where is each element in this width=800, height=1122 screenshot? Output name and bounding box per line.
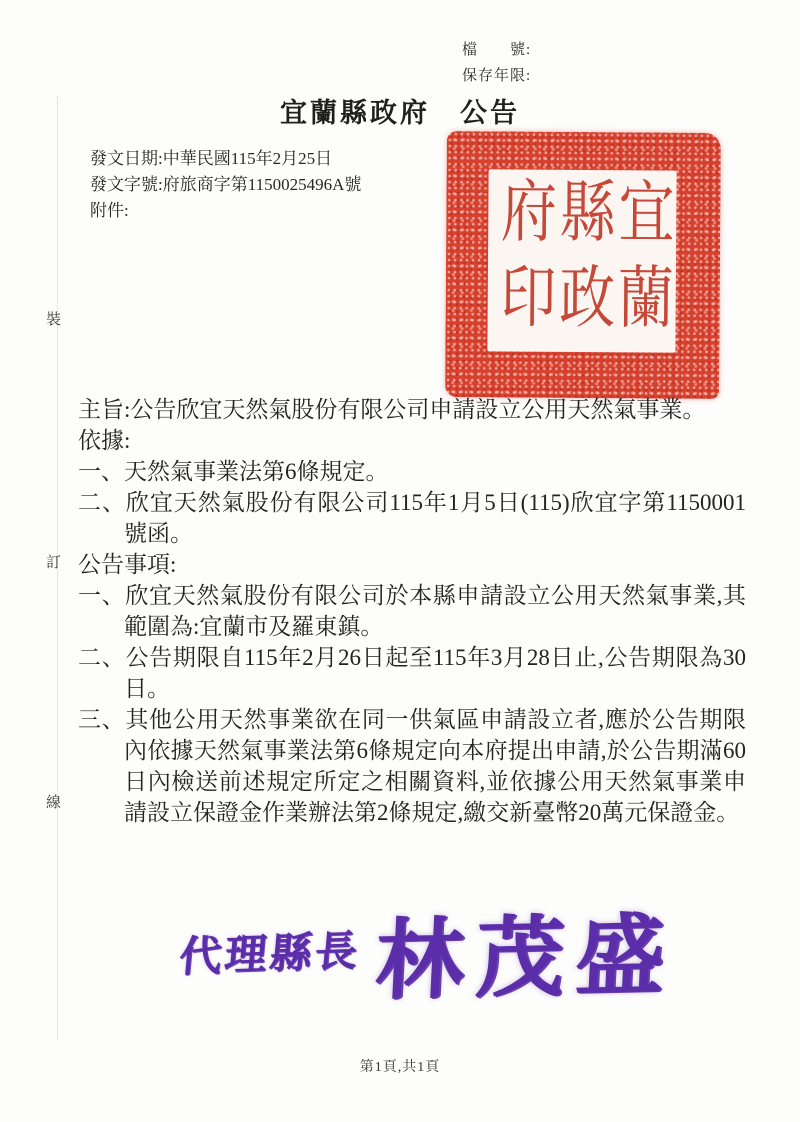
basis-item-2: 二、欣宜天然氣股份有限公司115年1月5日(115)欣宜字第1150001號函。: [78, 487, 746, 549]
signer-name-stamp: 林茂盛: [373, 885, 680, 1017]
matters-label: 公告事項:: [78, 549, 746, 580]
seal-script-text: 宜蘭 縣政 府印: [493, 175, 671, 347]
issuing-meta: 發文日期:中華民國115年2月25日 發文字號:府旅商字第1150025496A…: [90, 146, 361, 224]
subject-label: 主旨:: [78, 397, 130, 422]
seal-column-left: 府印: [493, 175, 553, 346]
binding-mark-ding: 訂: [46, 551, 61, 572]
archive-labels: 檔 號: 保存年限:: [462, 37, 531, 89]
page-number-footer: 第1頁,共1頁: [0, 1056, 800, 1076]
subject-line: 主旨:公告欣宜天然氣股份有限公司申請設立公用天然氣事業。: [78, 394, 746, 425]
issue-date-row: 發文日期:中華民國115年2月25日: [90, 146, 361, 172]
seal-inner-face: 宜蘭 縣政 府印: [487, 169, 676, 352]
attachment-row: 附件:: [90, 198, 361, 224]
issue-date-label: 發文日期:: [90, 149, 163, 168]
binding-mark-zhuang: 裝: [46, 308, 61, 329]
official-announcement-page: 裝 訂 線 檔 號: 保存年限: 宜蘭縣政府 公告 發文日期:中華民國115年2…: [0, 0, 800, 1122]
matters-item-2: 二、公告期限自115年2月26日起至115年3月28日止,公告期限為30日。: [78, 642, 746, 704]
issue-number-row: 發文字號:府旅商字第1150025496A號: [90, 172, 361, 198]
basis-item-2-marker: 二、: [78, 490, 126, 515]
file-number-label: 檔 號:: [462, 37, 531, 63]
binding-mark-xian: 線: [46, 791, 61, 812]
matters-item-3-marker: 三、: [78, 707, 125, 732]
matters-item-2-marker: 二、: [78, 645, 125, 670]
announcement-body: 主旨:公告欣宜天然氣股份有限公司申請設立公用天然氣事業。 依據: 一、天然氣事業…: [78, 394, 746, 828]
matters-item-1-marker: 一、: [78, 583, 125, 608]
signer-title: 代理縣長: [177, 918, 363, 984]
matters-item-1-text: 欣宜天然氣股份有限公司於本縣申請設立公用天然氣事業,其範圍為:宜蘭市及羅東鎮。: [124, 583, 746, 639]
page-title: 宜蘭縣政府 公告: [0, 91, 800, 130]
basis-item-1: 一、天然氣事業法第6條規定。: [78, 456, 746, 487]
basis-item-1-marker: 一、: [78, 459, 124, 484]
official-red-seal: 宜蘭 縣政 府印: [445, 131, 721, 399]
retention-period-label: 保存年限:: [462, 63, 531, 89]
attachment-label: 附件:: [90, 201, 129, 220]
seal-column-middle: 縣政: [552, 175, 612, 346]
matters-item-1: 一、欣宜天然氣股份有限公司於本縣申請設立公用天然氣事業,其範圍為:宜蘭市及羅東鎮…: [78, 580, 746, 642]
basis-label: 依據:: [78, 425, 746, 456]
matters-item-3-text: 其他公用天然事業欲在同一供氣區申請設立者,應於公告期限內依據天然氣事業法第6條規…: [124, 707, 746, 825]
issue-date-value: 中華民國115年2月25日: [163, 149, 332, 168]
matters-item-2-text: 公告期限自115年2月26日起至115年3月28日止,公告期限為30日。: [124, 645, 746, 701]
issue-number-value: 府旅商字第1150025496A號: [163, 175, 362, 194]
subject-text: 公告欣宜天然氣股份有限公司申請設立公用天然氣事業。: [130, 397, 705, 422]
signature-block: 代理縣長 林茂盛: [180, 888, 676, 1014]
issue-number-label: 發文字號:: [90, 175, 163, 194]
basis-item-1-text: 天然氣事業法第6條規定。: [124, 459, 389, 484]
seal-column-right: 宜蘭: [611, 176, 671, 347]
matters-item-3: 三、其他公用天然事業欲在同一供氣區申請設立者,應於公告期限內依據天然氣事業法第6…: [78, 704, 746, 828]
basis-item-2-text: 欣宜天然氣股份有限公司115年1月5日(115)欣宜字第1150001號函。: [124, 490, 746, 546]
